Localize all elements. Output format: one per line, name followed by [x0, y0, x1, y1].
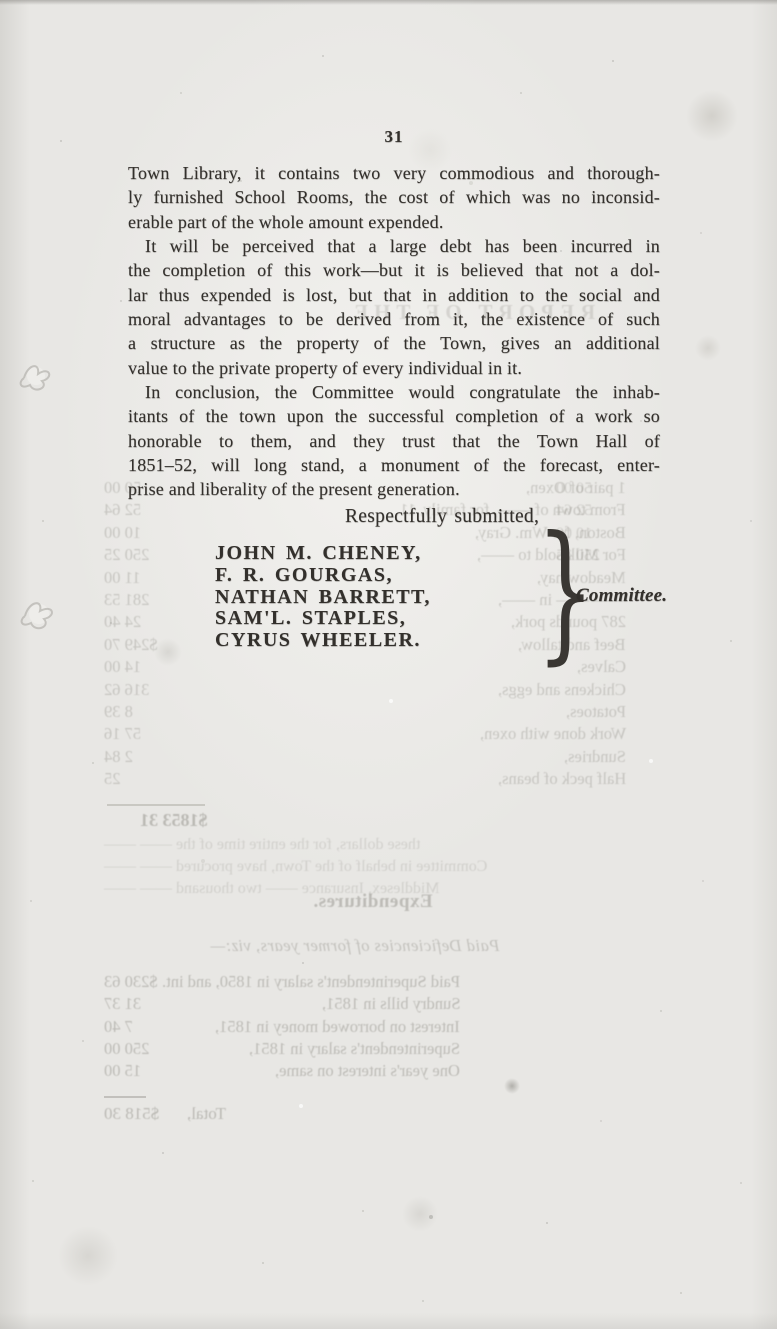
- committee-name: CYRUS WHEELER.: [215, 630, 431, 652]
- text-line: prise and liberality of the present gene…: [128, 477, 660, 501]
- bleedthrough-row: 15 00 One year's interest on same,: [104, 1061, 460, 1083]
- bleedthrough-amount: 2 84: [104, 747, 133, 767]
- text-line: the completion of this work—but it is be…: [128, 258, 660, 282]
- bleedthrough-row: 250 00 Superintendent's salary in 1851,: [104, 1039, 460, 1061]
- text-line: In conclusion, the Committee would congr…: [128, 380, 660, 404]
- bleedthrough-label: One year's interest on same,: [275, 1061, 460, 1081]
- bleedthrough-text: Paid Deficiencies of former years, viz:—: [210, 936, 499, 956]
- bleedthrough-amount: 10 00: [104, 523, 141, 543]
- bleedthrough-amount: 24 40: [104, 612, 141, 632]
- text-line: a structure as the property of the Town,…: [128, 331, 660, 355]
- bleedthrough-expenditures-subheading: Paid Deficiencies of former years, viz:—: [210, 936, 499, 956]
- bleedthrough-row: 31 37 Sundry bills in 1851,: [104, 994, 460, 1016]
- bleedthrough-expenditures-heading: Expenditures.: [313, 891, 433, 913]
- bleedthrough-text: Committee in behalf of the Town, have pr…: [104, 858, 487, 876]
- bleedthrough-amount: 52 64: [104, 500, 141, 520]
- bleedthrough-label: Interest on borrowed money in 1851,: [215, 1017, 460, 1037]
- bleedthrough-row: Committee in behalf of the Town, have pr…: [104, 858, 574, 880]
- bleedthrough-label: Total,: [187, 1104, 226, 1124]
- bleedthrough-row: $230 63 Paid Superintendent's salary in …: [104, 972, 460, 994]
- committee-names: JOHN M. CHENEY, F. R. GOURGAS, NATHAN BA…: [215, 543, 431, 652]
- text-line: itants of the town upon the successful c…: [128, 404, 660, 428]
- text-line: honorable to them, and they trust that t…: [128, 429, 660, 453]
- bleedthrough-label: Sundries,: [564, 747, 626, 767]
- scanned-document-page: REPORT OF THE 50 00 1 pair of Oxen, 52 6…: [0, 0, 777, 1329]
- text-line: moral advantages to be derived from it, …: [128, 307, 660, 331]
- bleedthrough-amount: $518 30: [104, 1104, 159, 1124]
- text-line: 1851–52, will long stand, a monument of …: [128, 453, 660, 477]
- bleedthrough-row: these dollars, for the entire time of th…: [104, 836, 574, 858]
- bleedthrough-amount: 11 00: [104, 568, 141, 588]
- committee-name: JOHN M. CHENEY,: [215, 543, 431, 565]
- bleedthrough-rule: [104, 1096, 146, 1098]
- committee-name: NATHAN BARRETT,: [215, 587, 431, 609]
- committee-name: SAM'L. STAPLES,: [215, 608, 431, 630]
- bleedthrough-row: 7 40 Interest on borrowed money in 1851,: [104, 1017, 460, 1039]
- bleedthrough-amount: 7 40: [104, 1017, 133, 1037]
- committee-brace: }: [536, 534, 561, 650]
- bleedthrough-text: Expenditures.: [313, 891, 433, 913]
- bleedthrough-row: 316 62 Chickens and eggs,: [104, 680, 626, 702]
- text-line: Town Library, it contains two very commo…: [128, 161, 660, 185]
- bleedthrough-text: these dollars, for the entire time of th…: [104, 836, 420, 854]
- text-line: erable part of the whole amount expended…: [128, 210, 660, 234]
- bleedthrough-label: Potatoes,: [566, 702, 626, 722]
- bleedthrough-amount: 250 25: [104, 545, 149, 565]
- bleedthrough-receipts-total: $1853 31: [140, 810, 208, 831]
- binding-mark: [16, 356, 58, 396]
- bleedthrough-label: Chickens and eggs,: [498, 680, 626, 700]
- page-number: 31: [128, 127, 660, 147]
- bleedthrough-amount: 57 16: [104, 724, 141, 744]
- committee-name: F. R. GOURGAS,: [215, 565, 431, 587]
- text-line: value to the private property of every i…: [128, 356, 660, 380]
- bleedthrough-amount: 15 00: [104, 1061, 141, 1081]
- body-text: Town Library, it contains two very commo…: [128, 161, 660, 502]
- bleedthrough-row: 8 39 Potatoes,: [104, 702, 626, 724]
- bleedthrough-row: 57 16 Work done with oxen,: [104, 724, 626, 746]
- committee-role-label: Committee.: [576, 585, 667, 607]
- bleedthrough-amount: 25: [104, 769, 121, 789]
- bleedthrough-label: Superintendent's salary in 1851,: [249, 1039, 460, 1059]
- bleedthrough-rule: [107, 804, 205, 806]
- binding-mark: [16, 592, 62, 636]
- bleedthrough-amount: $249 70: [104, 635, 158, 655]
- paper-speckles: [0, 0, 2, 2]
- bleedthrough-label: Sundry bills in 1851,: [322, 994, 460, 1014]
- bleedthrough-expenditures-table: $230 63 Paid Superintendent's salary in …: [104, 972, 460, 1083]
- bleedthrough-amount: 14 00: [104, 657, 141, 677]
- bleedthrough-amount: 316 62: [104, 680, 149, 700]
- closing-line: Respectfully submitted,: [345, 506, 539, 528]
- bleedthrough-amount: $230 63: [104, 972, 158, 992]
- bleedthrough-amount: 31 37: [104, 994, 141, 1014]
- bleedthrough-amount: 8 39: [104, 702, 133, 722]
- bleedthrough-label: Work done with oxen,: [480, 724, 626, 744]
- bleedthrough-row: 25 Half peck of beans,: [104, 769, 626, 791]
- bleedthrough-label: Half peck of beans,: [498, 769, 626, 789]
- bleedthrough-expenditures-total: $518 30 Total,: [104, 1104, 226, 1124]
- bleedthrough-amount: 250 00: [104, 1039, 149, 1059]
- bleedthrough-amount: $1853 31: [140, 810, 208, 831]
- text-line: ly furnished School Rooms, the cost of w…: [128, 185, 660, 209]
- text-line: lar thus expended is lost, but that in a…: [128, 283, 660, 307]
- text-line: It will be perceived that a large debt h…: [128, 234, 660, 258]
- bleedthrough-label: Paid Superintendent's salary in 1850, an…: [162, 972, 460, 992]
- bleedthrough-row: 2 84 Sundries,: [104, 747, 626, 769]
- bleedthrough-amount: 281 53: [104, 590, 149, 610]
